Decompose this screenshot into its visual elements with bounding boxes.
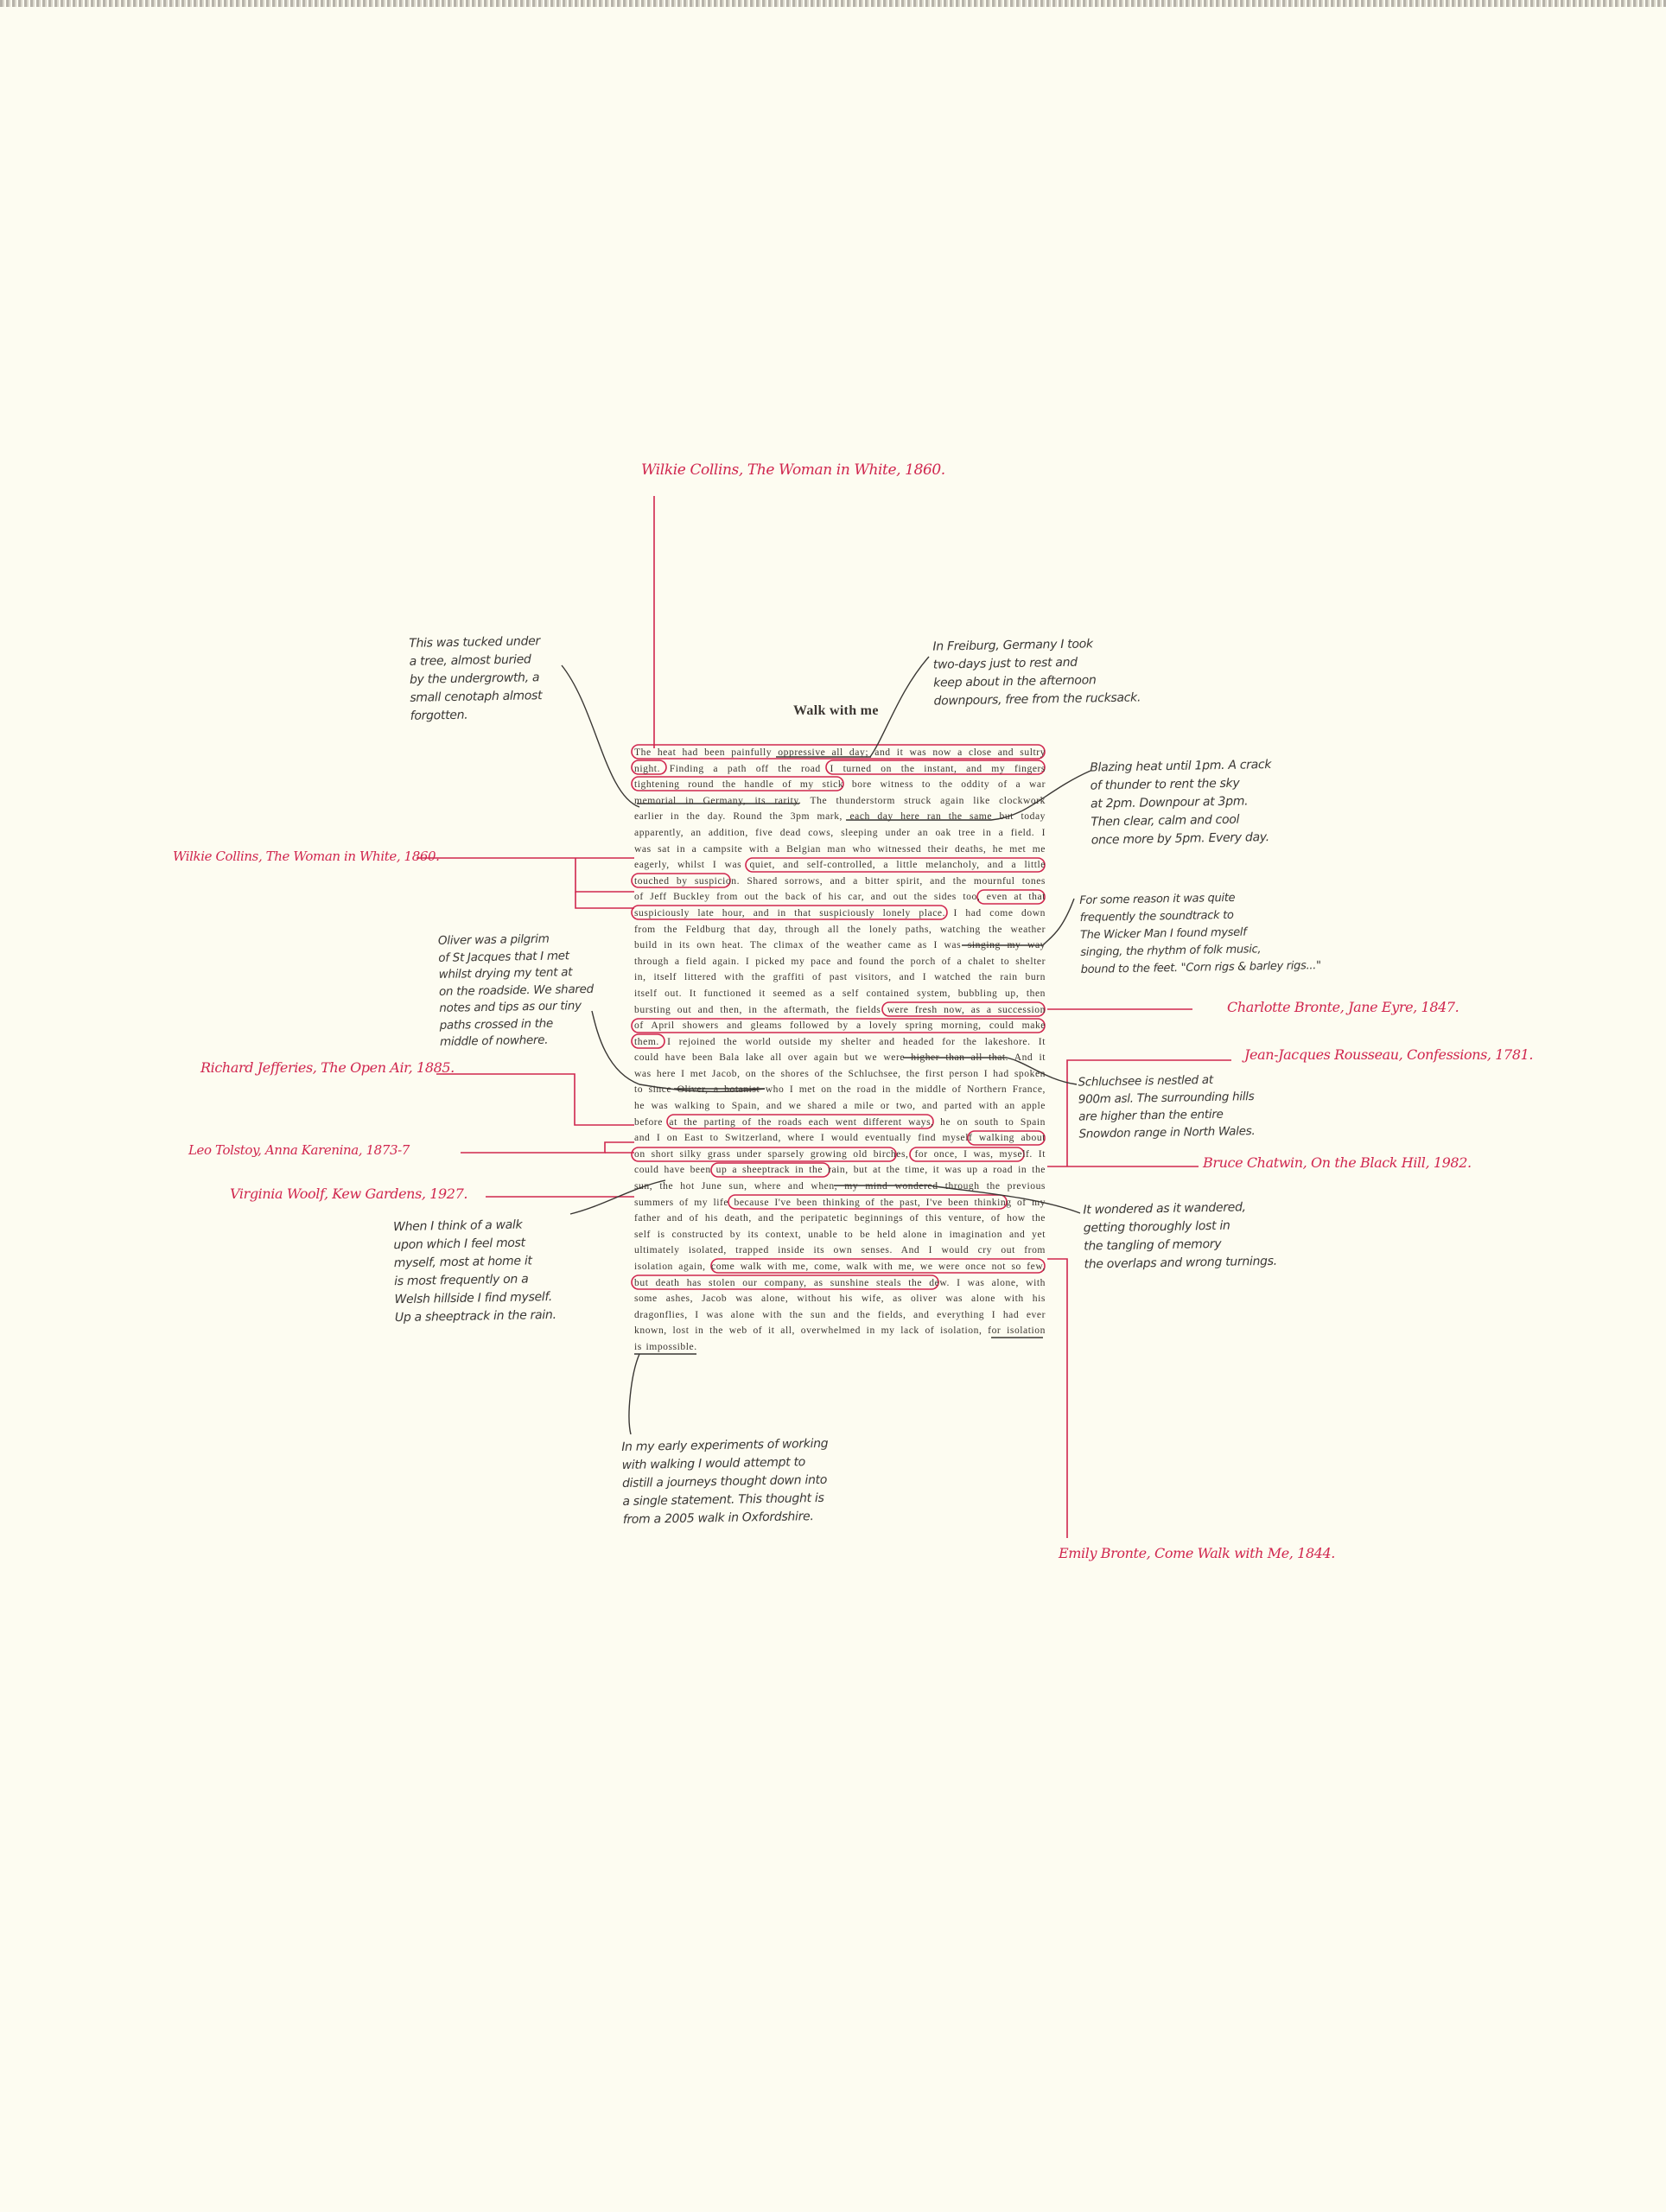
text-line: but death has stolen our company, as sun… (634, 1275, 1046, 1292)
text-line: he was walking to Spain, and we shared a… (634, 1098, 1046, 1115)
text-line: in, itself littered with the graffiti of… (634, 969, 1046, 986)
text-line: on short silky grass under sparsely grow… (634, 1147, 1046, 1163)
text-line: and I on East to Switzerland, where I wo… (634, 1130, 1046, 1147)
note-schluchsee: Schluchsee is nestled at 900m asl. The s… (1078, 1069, 1338, 1142)
note-line: Up a sheeptrack in the rain. (395, 1306, 611, 1327)
citation-chatwin: Bruce Chatwin, On the Black Hill, 1982. (1203, 1154, 1472, 1171)
text-line: isolation again, come walk with me, come… (634, 1259, 1046, 1275)
text-line: dragonflies, I was alone with the sun an… (634, 1307, 1046, 1324)
text-line: touched by suspicion. Shared sorrows, an… (634, 874, 1046, 890)
text-line: earlier in the day. Round the 3pm mark, … (634, 809, 1046, 825)
text-line: apparently, an addition, five dead cows,… (634, 825, 1046, 842)
citation-tolstoy: Leo Tolstoy, Anna Karenina, 1873-7 (188, 1142, 410, 1158)
note-memorial: This was tucked under a tree, almost bur… (409, 632, 592, 726)
text-line: from the Feldburg that day, through all … (634, 922, 1046, 938)
text-line: summers of my life because I've been thi… (634, 1195, 1046, 1211)
note-wondered: It wondered as it wandered, getting thor… (1083, 1197, 1343, 1274)
citation-collins-top: Wilkie Collins, The Woman in White, 1860… (641, 461, 945, 479)
text-line: of Jeff Buckley from out the back of his… (634, 889, 1046, 906)
text-line: could have been Bala lake all over again… (634, 1050, 1046, 1066)
text-line: The heat had been painfully oppressive a… (634, 745, 1046, 761)
text-line: was here I met Jacob, on the shores of t… (634, 1066, 1046, 1083)
text-line: itself out. It functioned it seemed as a… (634, 986, 1046, 1002)
text-line: of April showers and gleams followed by … (634, 1018, 1046, 1034)
text-line: could have been up a sheeptrack in the r… (634, 1162, 1046, 1179)
text-line: to since Oliver, a botanist who I met on… (634, 1082, 1046, 1098)
text-line: tightening round the handle of my stick … (634, 777, 1046, 793)
text-line: them. I rejoined the world outside my sh… (634, 1034, 1046, 1051)
body-text: The heat had been painfully oppressive a… (634, 745, 1046, 1356)
text-line: ultimately isolated, trapped inside its … (634, 1243, 1046, 1259)
text-line: night. Finding a path off the road I tur… (634, 761, 1046, 778)
text-line: father and of his death, and the peripat… (634, 1211, 1046, 1227)
citation-rousseau: Jean-Jacques Rousseau, Confessions, 1781… (1244, 1046, 1533, 1063)
text-line: through a field again. I picked my pace … (634, 954, 1046, 970)
text-line: eagerly, whilst I was quiet, and self-co… (634, 857, 1046, 874)
text-line: suspiciously late hour, and in that susp… (634, 906, 1046, 922)
citation-collins-left: Wilkie Collins, The Woman in White, 1860… (173, 849, 440, 864)
citation-woolf: Virginia Woolf, Kew Gardens, 1927. (230, 1185, 467, 1202)
note-line: middle of nowhere. (440, 1031, 630, 1051)
text-line: memorial in Germany, its rarity. The thu… (634, 793, 1046, 810)
text-line: some ashes, Jacob was alone, without his… (634, 1291, 1046, 1307)
note-singing: For some reason it was quite frequently … (1079, 887, 1375, 979)
text-line: self is constructed by its context, unab… (634, 1227, 1046, 1243)
note-oliver: Oliver was a pilgrim of St Jacques that … (438, 930, 630, 1051)
text-line: build in its own heat. The climax of the… (634, 938, 1046, 954)
note-line: forgotten. (410, 704, 592, 726)
text-line: before at the parting of the roads each … (634, 1115, 1046, 1131)
text-line: known, lost in the web of it all, overwh… (634, 1323, 1046, 1339)
text-line: was sat in a campsite with a Belgian man… (634, 842, 1046, 858)
note-freiburg: In Freiburg, Germany I took two-days jus… (932, 633, 1192, 710)
note-experiments: In my early experiments of working with … (621, 1433, 917, 1529)
note-weather: Blazing heat until 1pm. A crack of thund… (1090, 754, 1351, 849)
text-line: bursting out and then, in the aftermath,… (634, 1002, 1046, 1019)
citation-jefferies: Richard Jefferies, The Open Air, 1885. (200, 1059, 455, 1076)
text-line: sun, the hot June sun, where and when, m… (634, 1179, 1046, 1195)
citation-charlotte-bronte: Charlotte Bronte, Jane Eyre, 1847. (1227, 999, 1459, 1015)
text-line: is impossible. (634, 1339, 1046, 1356)
note-welsh-hillside: When I think of a walk upon which I feel… (393, 1215, 611, 1327)
document-title: Walk with me (793, 703, 932, 719)
citation-emily-bronte: Emily Bronte, Come Walk with Me, 1844. (1059, 1545, 1335, 1561)
